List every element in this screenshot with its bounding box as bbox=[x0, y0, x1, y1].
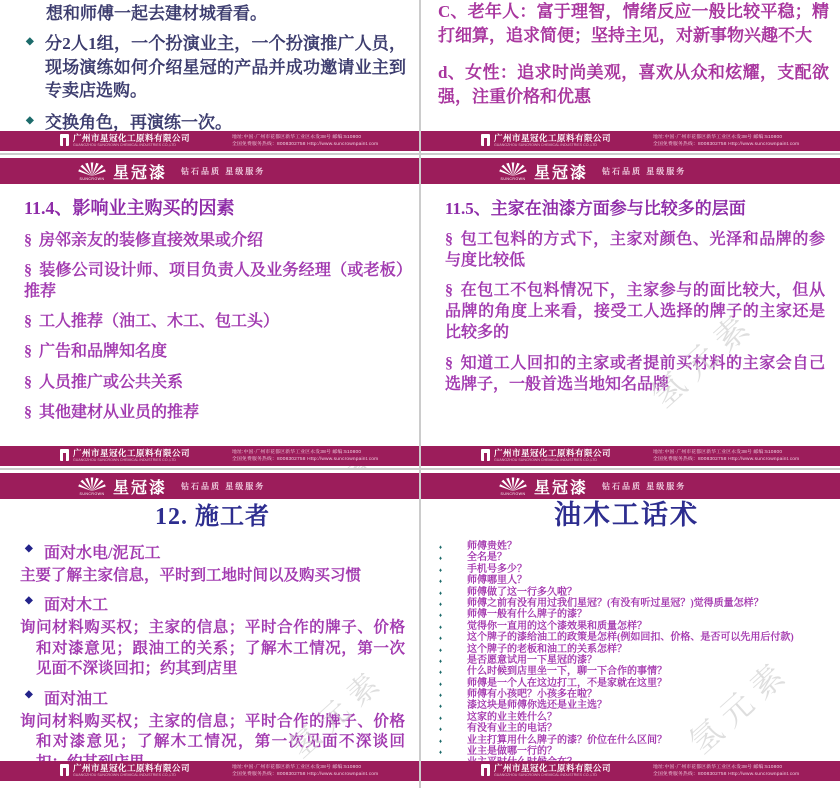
slide2-paragraph-women: d、女性：追求时尚美观，喜欢从众和炫耀，支配欲强，注重价格和优惠 bbox=[438, 61, 829, 109]
list-item: §装修公司设计师、项目负责人及业务经理（或老板）推荐 bbox=[24, 260, 404, 302]
list-item: ♦师傅是一个人在这边打工，不是家就在这里？ bbox=[421, 679, 832, 689]
brand-tagline: 钻石品质 星级服务 bbox=[602, 166, 686, 177]
list-item: ♦师傅哪里人？ bbox=[421, 576, 832, 586]
company-logo-icon bbox=[60, 449, 69, 461]
slide6-title: 油木工话术 bbox=[421, 493, 832, 532]
footer-hotline: 全国免费服务热线：8008302758 Http://www.suncrownp… bbox=[653, 142, 799, 149]
list-item: ♦全名是？ bbox=[421, 553, 832, 563]
slide-header-band: SUNCROWN 星冠漆 钻石品质 星级服务 bbox=[0, 158, 419, 184]
slide3-body: 11.4、影响业主购买的因素 §房邻亲友的装修直接效果或介绍 §装修公司设计师、… bbox=[24, 194, 404, 432]
section-marker-icon: § bbox=[445, 355, 453, 372]
company-name: 广州市星冠化工原料有限公司 bbox=[73, 764, 190, 773]
company-name: 广州市星冠化工原料有限公司 bbox=[494, 449, 611, 458]
footer-address: 地址:中国·广州市花都区新华工业区永发38号 邮编:510800 bbox=[232, 450, 378, 457]
list-item: ♦这个牌子的老板和油工的关系怎样？ bbox=[421, 645, 832, 655]
slide-footer-band: 广州市星冠化工原料有限公司 GUANGZHOU SUNCROWN CHEMICA… bbox=[421, 131, 840, 151]
list-item: ◆分2人1组，一个扮演业主，一个扮演推广人员，现场演练如何介绍星冠的产品并成功邀… bbox=[20, 32, 406, 102]
slide6-question-list: ♦师傅贵姓？ ♦全名是？ ♦手机号多少？ ♦师傅哪里人？ ♦师傅做了这一行多久啦… bbox=[421, 542, 832, 768]
company-name-en: GUANGZHOU SUNCROWN CHEMICAL INDUSTRIES C… bbox=[494, 143, 611, 148]
diamond-bullet-icon: ♦ bbox=[439, 554, 442, 564]
section-marker-icon: § bbox=[24, 262, 32, 279]
company-name-en: GUANGZHOU SUNCROWN CHEMICAL INDUSTRIES C… bbox=[494, 458, 611, 463]
diamond-bullet-icon: ◆ bbox=[25, 689, 33, 700]
footer-hotline: 全国免费服务热线：8008302758 Http://www.suncrownp… bbox=[232, 457, 378, 464]
footer-address: 地址:中国·广州市花都区新华工业区永发38号 邮编:510800 bbox=[232, 135, 378, 142]
section-marker-icon: § bbox=[24, 374, 32, 391]
brand-name: 星冠漆 bbox=[113, 160, 167, 183]
suncrown-logo-icon: SUNCROWN bbox=[78, 162, 106, 181]
slide-thumbnail-roleplay[interactable]: 想和师傅一起去建材城看看。 ◆分2人1组，一个扮演业主，一个扮演推广人员，现场演… bbox=[0, 0, 419, 153]
section-marker-icon: § bbox=[24, 232, 32, 249]
list-item: ♦有没有业主的电话？ bbox=[421, 724, 832, 734]
diamond-bullet-icon: ♦ bbox=[439, 577, 442, 587]
slide-footer-band: 广州市星冠化工原料有限公司 GUANGZHOU SUNCROWN CHEMICA… bbox=[0, 131, 419, 151]
section-marker-icon: § bbox=[24, 404, 32, 421]
slide5-title: 12. 施工者 bbox=[20, 496, 405, 531]
company-name-en: GUANGZHOU SUNCROWN CHEMICAL INDUSTRIES C… bbox=[73, 143, 190, 148]
list-item: ♦漆这块是师傅你选还是业主选？ bbox=[421, 701, 832, 711]
slide5-body: 12. 施工者 ◆面对水电/泥瓦工 主要了解主家信息，平时到工地时间以及购买习惯… bbox=[20, 496, 405, 775]
row-divider bbox=[0, 468, 840, 470]
slide-footer-band: 广州市星冠化工原料有限公司 GUANGZHOU SUNCROWN CHEMICA… bbox=[421, 446, 840, 466]
slide-thumbnail-constructors[interactable]: SUNCROWN 星冠漆 钻石品质 星级服务 12. 施工者 ◆面对水电/泥瓦工… bbox=[0, 471, 419, 783]
brand-tagline: 钻石品质 星级服务 bbox=[181, 166, 265, 177]
list-item: ♦觉得你一直用的这个漆效果和质量怎样？ bbox=[421, 622, 832, 632]
company-name-en: GUANGZHOU SUNCROWN CHEMICAL INDUSTRIES C… bbox=[494, 773, 611, 778]
slide-footer-band: 广州市星冠化工原料有限公司 GUANGZHOU SUNCROWN CHEMICA… bbox=[421, 761, 840, 781]
suncrown-logo-icon: SUNCROWN bbox=[499, 162, 527, 181]
slide4-title: 11.5、主家在油漆方面参与比较多的层面 bbox=[445, 194, 825, 219]
footer-address: 地址:中国·广州市花都区新华工业区永发38号 邮编:510800 bbox=[232, 765, 378, 772]
diamond-bullet-icon: ♦ bbox=[439, 702, 442, 712]
company-name-en: GUANGZHOU SUNCROWN CHEMICAL INDUSTRIES C… bbox=[73, 773, 190, 778]
suncrown-logo-icon: SUNCROWN bbox=[78, 477, 106, 496]
slide1-partial-line: 想和师傅一起去建材城看看。 bbox=[46, 2, 406, 25]
footer-address: 地址:中国·广州市花都区新华工业区永发38号 邮编:510800 bbox=[653, 135, 799, 142]
list-item: ♦师傅一般有什么牌子的漆？ bbox=[421, 610, 832, 620]
list-item: §在包工不包料情况下，主家参与的面比较大，但从品牌的角度上来看，接受工人选择的牌… bbox=[445, 280, 825, 343]
diamond-bullet-icon: ♦ bbox=[439, 589, 442, 599]
slide5-section: ◆面对木工 询问材料购买权；主家的信息；平时合作的牌子、价格和对漆意见；跟油工的… bbox=[20, 592, 405, 679]
list-item: ♦师傅之前有没有用过我们星冠？(有没有听过星冠？)觉得质量怎样？ bbox=[421, 599, 832, 609]
company-name: 广州市星冠化工原料有限公司 bbox=[494, 764, 611, 773]
company-logo-icon bbox=[60, 764, 69, 776]
list-item: ♦业主是做哪一行的？ bbox=[421, 747, 832, 757]
diamond-bullet-icon: ◆ bbox=[25, 595, 33, 606]
diamond-bullet-icon: ♦ bbox=[439, 634, 442, 644]
slide4-item-list: §包工包料的方式下，主家对颜色、光泽和品牌的参与度比较低 §在包工不包料情况下，… bbox=[445, 229, 825, 395]
diamond-bullet-icon: ♦ bbox=[439, 566, 442, 576]
list-item: ♦业主打算用什么牌子的漆？价位在什么区间？ bbox=[421, 736, 832, 746]
list-item: ♦师傅贵姓？ bbox=[421, 542, 832, 552]
brand-name: 星冠漆 bbox=[534, 160, 588, 183]
company-name-en: GUANGZHOU SUNCROWN CHEMICAL INDUSTRIES C… bbox=[73, 458, 190, 463]
column-divider bbox=[419, 0, 421, 788]
brand-tagline: 钻石品质 星级服务 bbox=[181, 481, 265, 492]
list-item: ♦这家的业主姓什么？ bbox=[421, 713, 832, 723]
section-heading: 面对水电/泥瓦工 bbox=[44, 545, 160, 562]
diamond-bullet-icon: ♦ bbox=[439, 611, 442, 621]
list-item: ♦这个牌子的漆给油工的政策是怎样(例如回扣、价格、是否可以先用后付款) bbox=[421, 633, 832, 643]
diamond-bullet-icon: ♦ bbox=[439, 543, 442, 553]
diamond-bullet-icon: ♦ bbox=[439, 725, 442, 735]
list-item: §知道工人回扣的主家或者提前买材料的主家会自己选牌子，一般首选当地知名品牌 bbox=[445, 353, 825, 395]
slide5-section: ◆面对水电/泥瓦工 主要了解主家信息，平时到工地时间以及购买习惯 bbox=[20, 540, 405, 586]
list-item: §广告和品牌知名度 bbox=[24, 341, 404, 362]
slide-thumbnail-painter-script[interactable]: SUNCROWN 星冠漆 钻石品质 星级服务 油木工话术 ♦师傅贵姓？ ♦全名是… bbox=[421, 471, 840, 783]
list-item: ♦是否愿意试用一下星冠的漆？ bbox=[421, 656, 832, 666]
diamond-bullet-icon: ◆ bbox=[26, 35, 34, 49]
slide1-body: 想和师傅一起去建材城看看。 ◆分2人1组，一个扮演业主，一个扮演推广人员，现场演… bbox=[20, 2, 406, 142]
diamond-bullet-icon: ♦ bbox=[439, 748, 442, 758]
slide2-body: C、老年人：富于理智，情绪反应一般比较平稳；精打细算，追求简便；坚持主见，对新事… bbox=[438, 0, 829, 123]
diamond-bullet-icon: ♦ bbox=[439, 600, 442, 610]
footer-hotline: 全国免费服务热线：8008302758 Http://www.suncrownp… bbox=[653, 772, 799, 779]
diamond-bullet-icon: ♦ bbox=[439, 714, 442, 724]
list-item: §包工包料的方式下，主家对颜色、光泽和品牌的参与度比较低 bbox=[445, 229, 825, 271]
list-item: §房邻亲友的装修直接效果或介绍 bbox=[24, 230, 404, 251]
footer-hotline: 全国免费服务热线：8008302758 Http://www.suncrownp… bbox=[653, 457, 799, 464]
section-marker-icon: § bbox=[24, 313, 32, 330]
list-item: §人员推广或公共关系 bbox=[24, 372, 404, 393]
slide3-item-list: §房邻亲友的装修直接效果或介绍 §装修公司设计师、项目负责人及业务经理（或老板）… bbox=[24, 230, 404, 423]
section-body: 主要了解主家信息，平时到工地时间以及购买习惯 bbox=[36, 566, 405, 586]
company-logo-icon bbox=[60, 134, 69, 146]
slide-thumbnail-customer-types[interactable]: C、老年人：富于理智，情绪反应一般比较平稳；精打细算，追求简便；坚持主见，对新事… bbox=[421, 0, 840, 153]
slide5-section-list: ◆面对水电/泥瓦工 主要了解主家信息，平时到工地时间以及购买习惯 ◆面对木工 询… bbox=[20, 540, 405, 773]
slide-thumbnail-11-5[interactable]: SUNCROWN 星冠漆 钻石品质 星级服务 11.5、主家在油漆方面参与比较多… bbox=[421, 156, 840, 468]
slide6-body: 油木工话术 ♦师傅贵姓？ ♦全名是？ ♦手机号多少？ ♦师傅哪里人？ ♦师傅做了… bbox=[421, 493, 832, 770]
list-item: ♦师傅做了这一行多久啦？ bbox=[421, 588, 832, 598]
list-item: ♦手机号多少？ bbox=[421, 565, 832, 575]
diamond-bullet-icon: ♦ bbox=[439, 680, 442, 690]
slide3-title: 11.4、影响业主购买的因素 bbox=[24, 194, 404, 220]
diamond-bullet-icon: ♦ bbox=[439, 646, 442, 656]
company-name: 广州市星冠化工原料有限公司 bbox=[73, 449, 190, 458]
slide-footer-band: 广州市星冠化工原料有限公司 GUANGZHOU SUNCROWN CHEMICA… bbox=[0, 446, 419, 466]
company-logo-icon bbox=[481, 764, 490, 776]
section-marker-icon: § bbox=[445, 231, 453, 248]
list-item: §工人推荐（油工、木工、包工头） bbox=[24, 311, 404, 332]
diamond-bullet-icon: ♦ bbox=[439, 657, 442, 667]
diamond-bullet-icon: ◆ bbox=[26, 114, 34, 128]
section-heading: 面对木工 bbox=[44, 597, 108, 614]
company-name: 广州市星冠化工原料有限公司 bbox=[73, 134, 190, 143]
diamond-bullet-icon: ♦ bbox=[439, 623, 442, 633]
company-name: 广州市星冠化工原料有限公司 bbox=[494, 134, 611, 143]
row-divider bbox=[0, 153, 840, 155]
brand-tagline: 钻石品质 星级服务 bbox=[602, 481, 686, 492]
company-logo-icon bbox=[481, 449, 490, 461]
footer-address: 地址:中国·广州市花都区新华工业区永发38号 邮编:510800 bbox=[653, 765, 799, 772]
section-heading: 面对油工 bbox=[44, 691, 108, 708]
slide-thumbnail-11-4[interactable]: SUNCROWN 星冠漆 钻石品质 星级服务 11.4、影响业主购买的因素 §房… bbox=[0, 156, 419, 468]
section-marker-icon: § bbox=[445, 282, 453, 299]
footer-hotline: 全国免费服务热线：8008302758 Http://www.suncrownp… bbox=[232, 142, 378, 149]
section-marker-icon: § bbox=[24, 343, 32, 360]
list-item: ♦什么时候到店里坐一下，聊一下合作的事情？ bbox=[421, 667, 832, 677]
slide-sorter-page: 想和师傅一起去建材城看看。 ◆分2人1组，一个扮演业主，一个扮演推广人员，现场演… bbox=[0, 0, 840, 788]
slide4-body: 11.5、主家在油漆方面参与比较多的层面 §包工包料的方式下，主家对颜色、光泽和… bbox=[445, 194, 825, 404]
diamond-bullet-icon: ◆ bbox=[25, 543, 33, 554]
diamond-bullet-icon: ♦ bbox=[439, 668, 442, 678]
diamond-bullet-icon: ♦ bbox=[439, 691, 442, 701]
slide-header-band: SUNCROWN 星冠漆 钻石品质 星级服务 bbox=[421, 158, 840, 184]
diamond-bullet-icon: ♦ bbox=[439, 737, 442, 747]
list-item: ♦师傅有小孩吧？小孩多在啦？ bbox=[421, 690, 832, 700]
company-logo-icon bbox=[481, 134, 490, 146]
list-item: §其他建材从业员的推荐 bbox=[24, 402, 404, 423]
footer-hotline: 全国免费服务热线：8008302758 Http://www.suncrownp… bbox=[232, 772, 378, 779]
footer-address: 地址:中国·广州市花都区新华工业区永发38号 邮编:510800 bbox=[653, 450, 799, 457]
slide-footer-band: 广州市星冠化工原料有限公司 GUANGZHOU SUNCROWN CHEMICA… bbox=[0, 761, 419, 781]
slide1-bullet-list: ◆分2人1组，一个扮演业主，一个扮演推广人员，现场演练如何介绍星冠的产品并成功邀… bbox=[20, 32, 406, 134]
section-body: 询问材料购买权；主家的信息；平时合作的牌子、价格和对漆意见；跟油工的关系；了解木… bbox=[36, 618, 405, 679]
brand-name: 星冠漆 bbox=[113, 475, 167, 498]
slide2-paragraph-elderly: C、老年人：富于理智，情绪反应一般比较平稳；精打细算，追求简便；坚持主见，对新事… bbox=[438, 0, 829, 48]
